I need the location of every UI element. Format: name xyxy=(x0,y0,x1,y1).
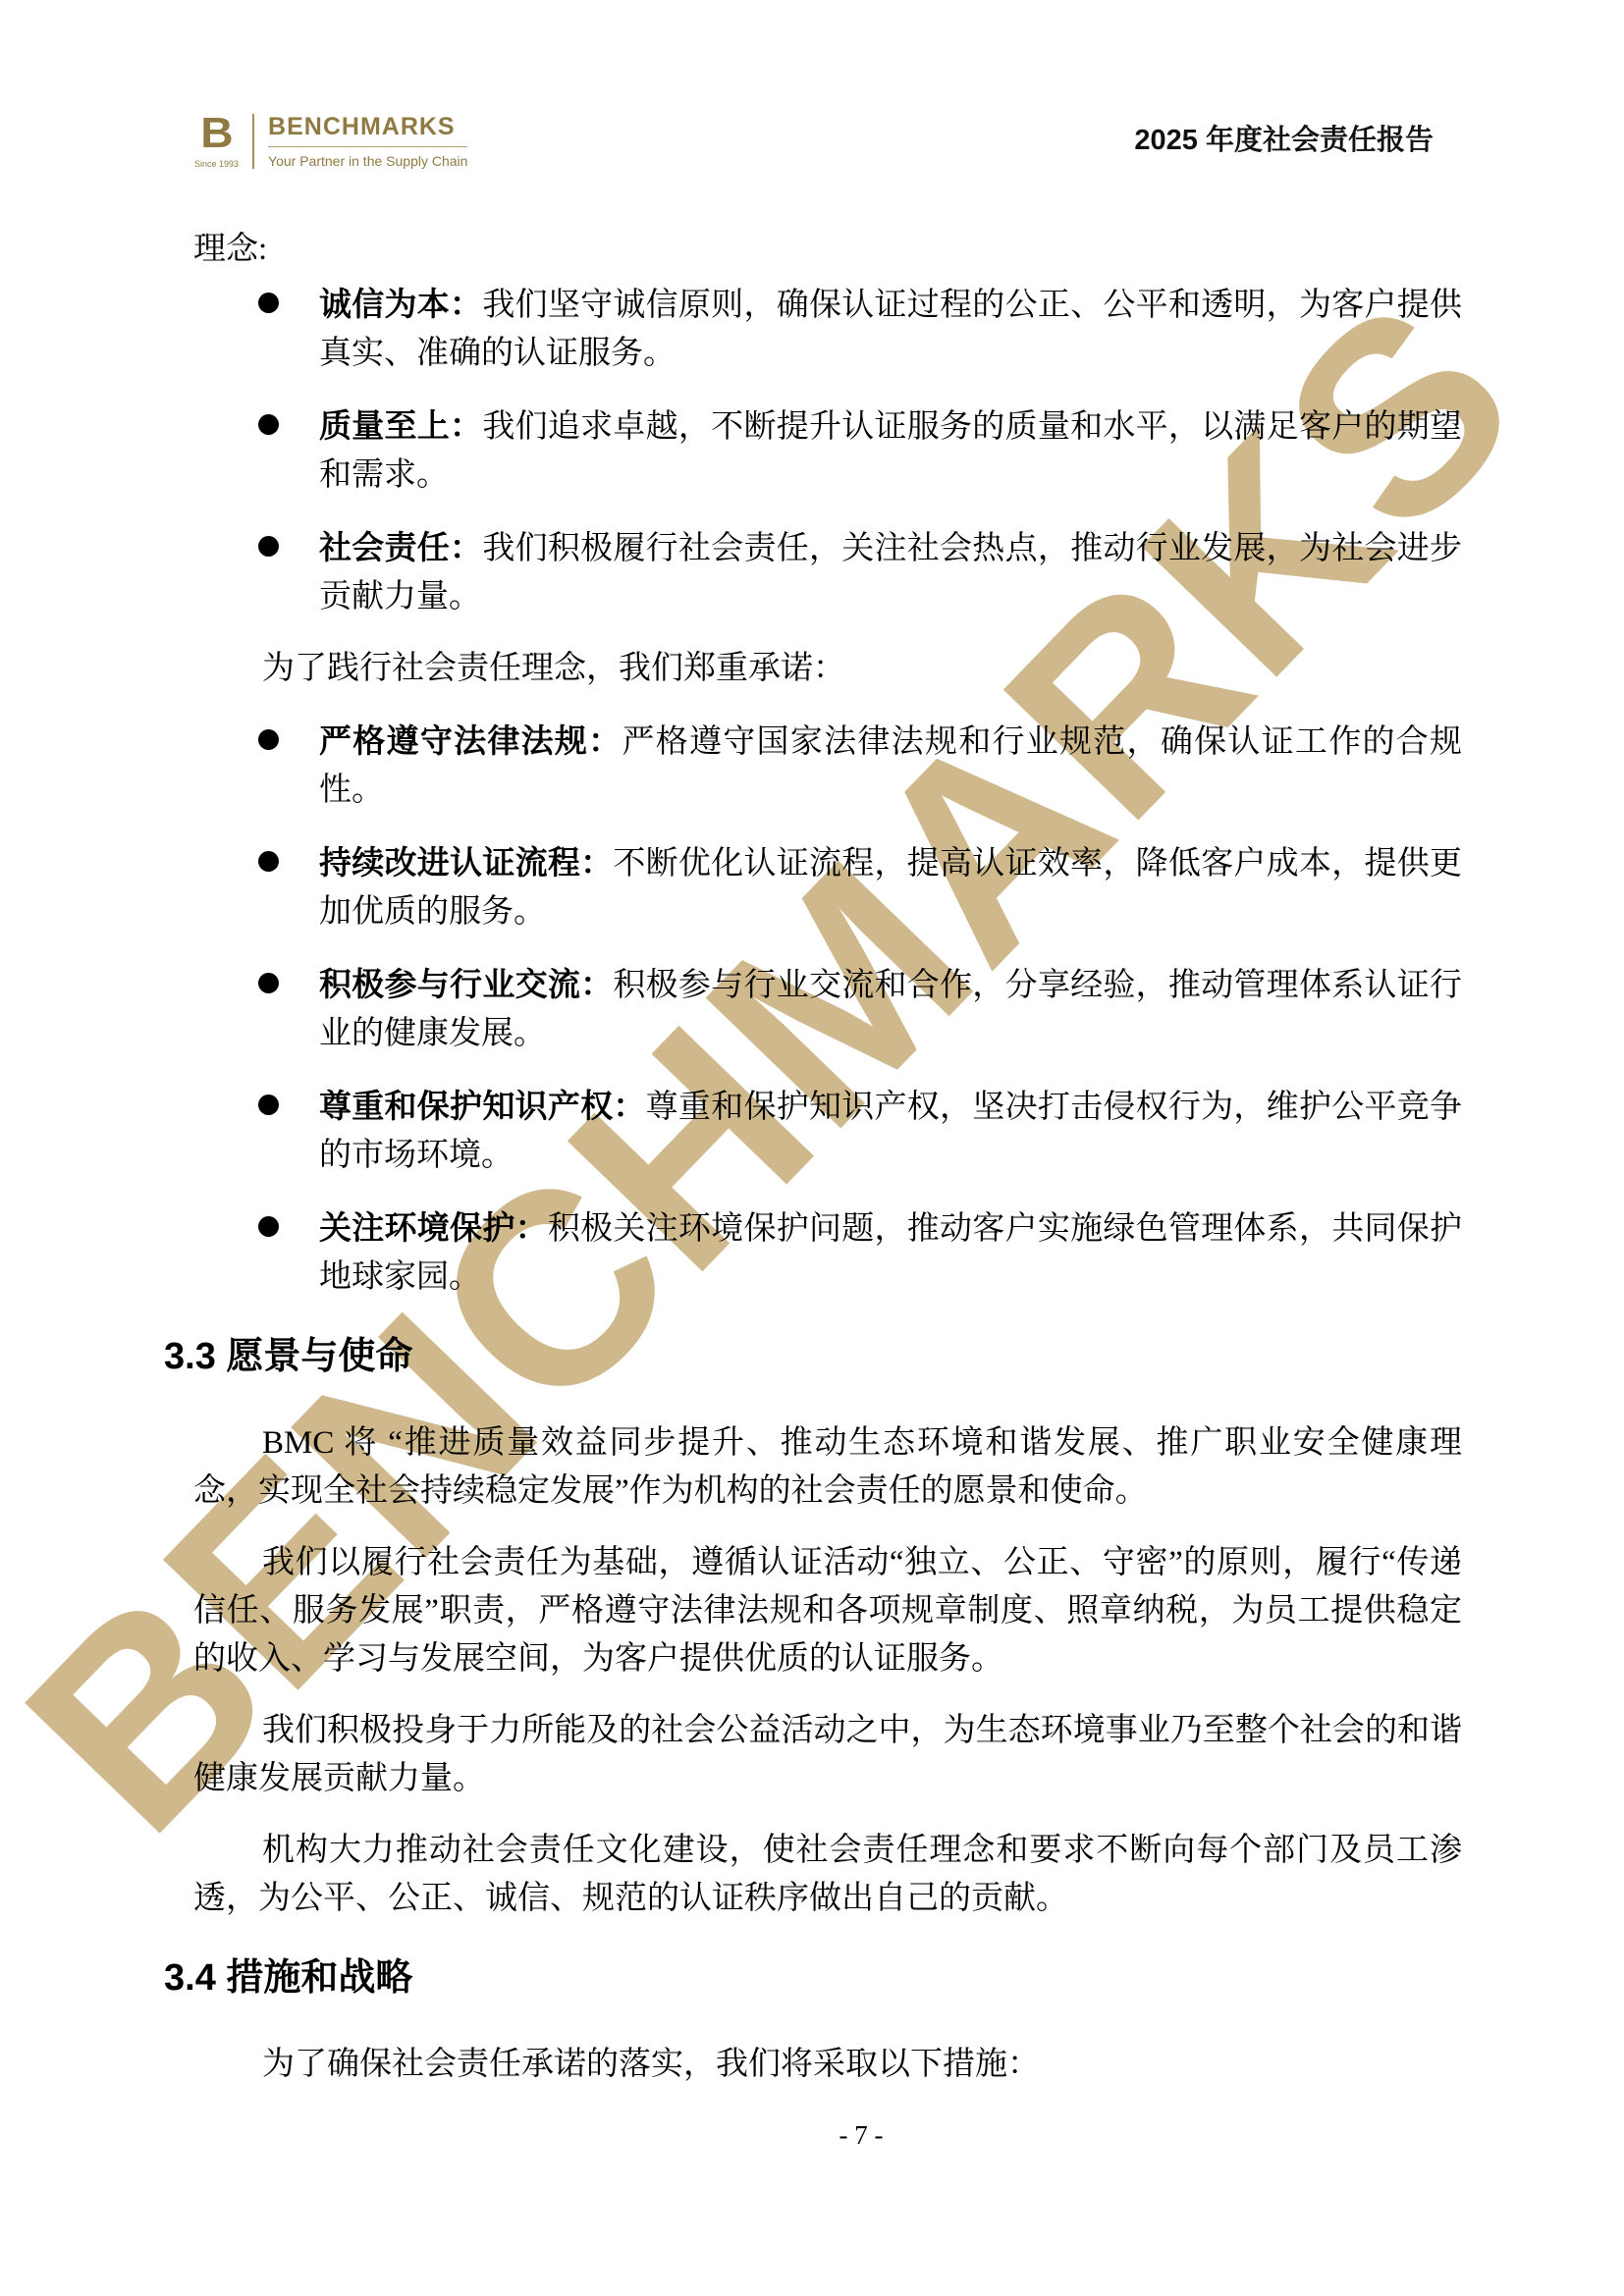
list-term: 诚信为本： xyxy=(319,286,482,322)
list-term: 社会责任： xyxy=(319,529,482,565)
report-title: 2025 年度社会责任报告 xyxy=(1134,118,1434,158)
logo-vertical-divider xyxy=(252,114,254,169)
page-footer: - 7 - xyxy=(49,2120,1624,2151)
list-item: 尊重和保护知识产权：尊重和保护知识产权，坚决打击侵权行为，维护公平竞争的市场环境… xyxy=(193,1082,1462,1180)
list-term: 尊重和保护知识产权： xyxy=(319,1088,646,1124)
logo-b-monogram-icon: B xyxy=(200,114,233,153)
bullet-icon xyxy=(258,973,279,993)
paragraph: 为了确保社会责任承诺的落实，我们将采取以下措施： xyxy=(193,2041,1462,2089)
logo-left-block: B Since 1993 xyxy=(194,114,239,169)
bullet-icon xyxy=(258,851,279,872)
bullet-icon xyxy=(258,1095,279,1115)
logo-since-text: Since 1993 xyxy=(194,159,239,169)
list-item: 社会责任：我们积极履行社会责任，关注社会热点，推动行业发展，为社会进步贡献力量。 xyxy=(193,523,1462,621)
bullet-icon xyxy=(258,729,279,750)
list-item: 关注环境保护：积极关注环境保护问题，推动客户实施绿色管理体系，共同保护地球家园。 xyxy=(193,1203,1462,1302)
section-heading-3-3: 3.3 愿景与使命 xyxy=(164,1331,1462,1382)
document-body: 理念: 诚信为本：我们坚守诚信原则，确保认证过程的公正、公平和透明，为客户提供真… xyxy=(193,226,1462,2112)
paragraph: 我们以履行社会责任为基础，遵循认证活动“独立、公正、守密”的原则，履行“传递信任… xyxy=(193,1539,1462,1683)
paragraph: 我们积极投身于力所能及的社会公益活动之中，为生态环境事业乃至整个社会的和谐健康发… xyxy=(193,1707,1462,1803)
document-page: BENCHMARKS B Since 1993 BENCHMARKS Your … xyxy=(0,0,1624,2296)
list-item: 持续改进认证流程：不断优化认证流程，提高认证效率，降低客户成本，提供更加优质的服… xyxy=(193,838,1462,936)
bullet-icon xyxy=(258,536,279,557)
logo-wordmark: BENCHMARKS xyxy=(268,114,467,139)
list-item: 积极参与行业交流：积极参与行业交流和合作，分享经验，推动管理体系认证行业的健康发… xyxy=(193,960,1462,1058)
list-item: 严格遵守法律法规：严格遵守国家法律法规和行业规范，确保认证工作的合规性。 xyxy=(193,717,1462,815)
list-desc: 我们坚守诚信原则，确保认证过程的公正、公平和透明，为客户提供真实、准确的认证服务… xyxy=(319,288,1462,371)
bullet-icon xyxy=(258,1216,279,1237)
benchmarks-logo: B Since 1993 BENCHMARKS Your Partner in … xyxy=(194,114,467,169)
list-term: 严格遵守法律法规： xyxy=(319,722,622,759)
list-term: 质量至上： xyxy=(319,407,482,444)
section-heading-3-4: 3.4 措施和战略 xyxy=(164,1952,1462,2003)
list-item: 质量至上：我们追求卓越，不断提升认证服务的质量和水平，以满足客户的期望和需求。 xyxy=(193,401,1462,500)
bullet-icon xyxy=(258,293,279,313)
paragraph: BMC 将 “推进质量效益同步提升、推动生态环境和谐发展、推广职业安全健康理念，… xyxy=(193,1419,1462,1516)
paragraph: 机构大力推动社会责任文化建设，使社会责任理念和要求不断向每个部门及员工渗透，为公… xyxy=(193,1827,1462,1923)
list-term: 积极参与行业交流： xyxy=(319,966,613,1002)
list-desc: 我们追求卓越，不断提升认证服务的质量和水平，以满足客户的期望和需求。 xyxy=(319,409,1462,493)
pledge-intro: 为了践行社会责任理念，我们郑重承诺： xyxy=(193,645,1462,693)
list-term: 关注环境保护： xyxy=(319,1209,548,1246)
list-term: 持续改进认证流程： xyxy=(319,844,613,881)
logo-tagline: Your Partner in the Supply Chain xyxy=(268,153,467,169)
bullet-icon xyxy=(258,414,279,435)
lead-text: 理念: xyxy=(193,226,1462,274)
list-item: 诚信为本：我们坚守诚信原则，确保认证过程的公正、公平和透明，为客户提供真实、准确… xyxy=(193,280,1462,378)
logo-horizontal-rule xyxy=(268,146,467,147)
list-desc: 我们积极履行社会责任，关注社会热点，推动行业发展，为社会进步贡献力量。 xyxy=(319,531,1462,614)
logo-right-block: BENCHMARKS Your Partner in the Supply Ch… xyxy=(268,114,467,169)
page-number: - 7 - xyxy=(839,2120,884,2150)
